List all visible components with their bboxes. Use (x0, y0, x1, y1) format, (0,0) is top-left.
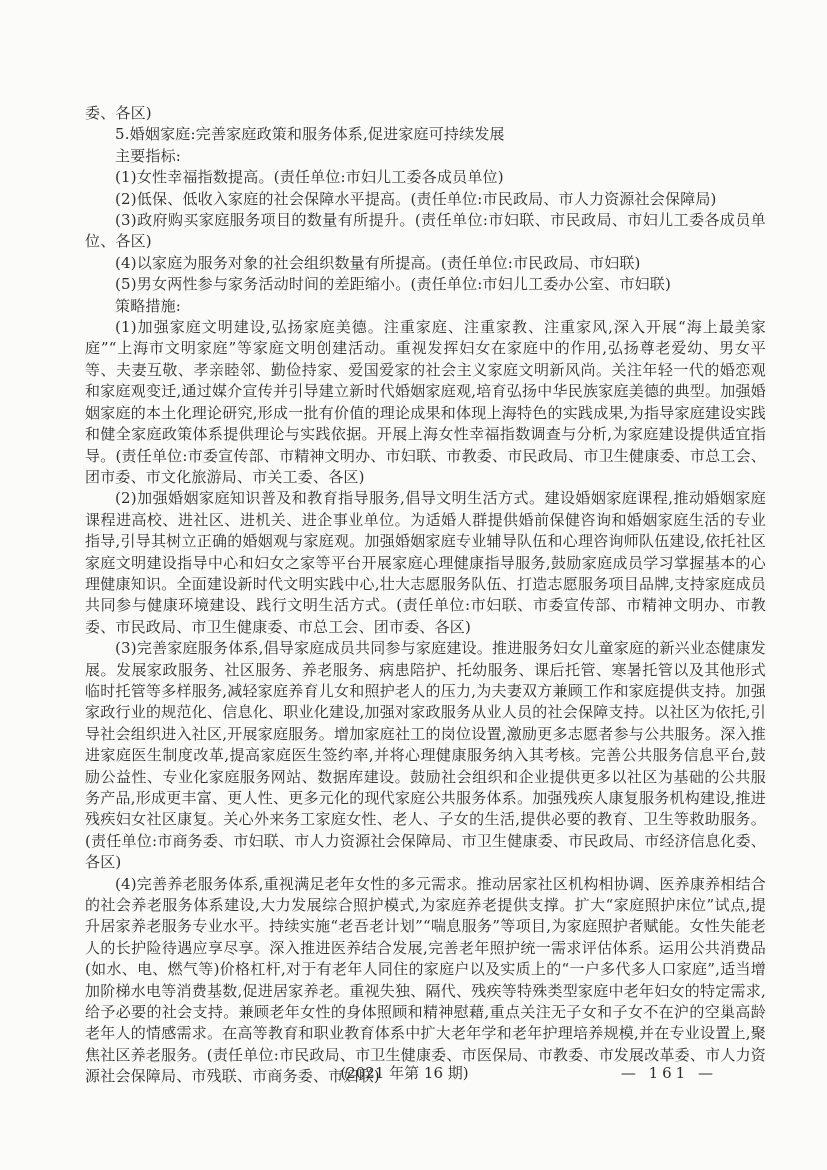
measure-paragraph: (4)完善养老服务体系,重视满足老年女性的多元需求。推动居家社区机构相协调、医养… (85, 874, 766, 1088)
measure-paragraph: (2)加强婚姻家庭知识普及和教育指导服务,倡导文明生活方式。建设婚姻家庭课程,推… (85, 488, 766, 638)
indicator-item: (4)以家庭为服务对象的社会组织数量有所提高。(责任单位:市民政局、市妇联) (85, 253, 766, 274)
continuation-line: 委、各区) (85, 103, 766, 124)
document-page: 委、各区) 5.婚姻家庭:完善家庭政策和服务体系,促进家庭可持续发展 主要指标:… (0, 0, 827, 1170)
indicator-item: (2)低保、低收入家庭的社会保障水平提高。(责任单位:市民政局、市人力资源社会保… (85, 189, 766, 210)
page-footer: (2021 年第 16 期) — 161 — (0, 1062, 827, 1084)
indicator-item: (3)政府购买家庭服务项目的数量有所提升。(责任单位:市妇联、市民政局、市妇儿工… (85, 210, 766, 253)
indicator-item: (5)男女两性参与家务活动时间的差距缩小。(责任单位:市妇儿工委办公室、市妇联) (85, 274, 766, 295)
measures-label: 策略措施: (85, 296, 766, 317)
indicators-label: 主要指标: (85, 146, 766, 167)
section-heading: 5.婚姻家庭:完善家庭政策和服务体系,促进家庭可持续发展 (85, 124, 766, 145)
measure-paragraph: (1)加强家庭文明建设,弘扬家庭美德。注重家庭、注重家教、注重家风,深入开展“海… (85, 317, 766, 488)
indicator-item: (1)女性幸福指数提高。(责任单位:市妇儿工委各成员单位) (85, 167, 766, 188)
footer-page-number: — 161 — (621, 1062, 717, 1084)
measure-paragraph: (3)完善家庭服务体系,倡导家庭成员共同参与家庭建设。推进服务妇女儿童家庭的新兴… (85, 638, 766, 873)
article-body: 委、各区) 5.婚姻家庭:完善家庭政策和服务体系,促进家庭可持续发展 主要指标:… (85, 103, 766, 1088)
